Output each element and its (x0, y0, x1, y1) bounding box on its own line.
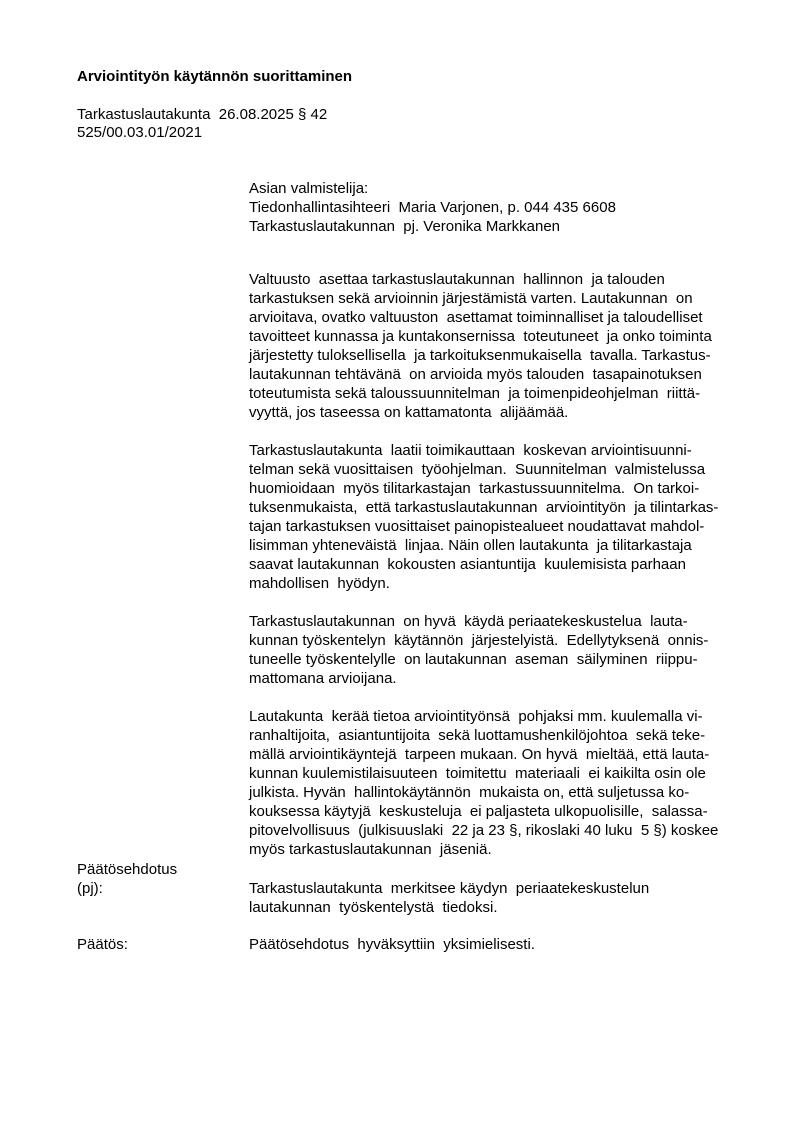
document-meta: Tarkastuslautakunta 26.08.2025 § 42 525/… (77, 106, 327, 142)
paragraph-line: Valtuusto asettaa tarkastuslautakunnan h… (249, 270, 749, 289)
paragraph-line: tuksenmukaista, että tarkastuslautakunna… (249, 498, 749, 517)
preparer-person-2: Tarkastuslautakunnan pj. Veronika Markka… (249, 217, 749, 236)
preparer-block: Asian valmistelija: Tiedonhallintasihtee… (249, 179, 749, 236)
paragraph-line: Tarkastuslautakunnan on hyvä käydä peria… (249, 612, 749, 631)
paragraph-line: huomioidaan myös tilitarkastajan tarkast… (249, 479, 749, 498)
paragraph-line: myös tarkastuslautakunnan jäseniä. (249, 840, 749, 859)
paragraph-line: vyyttä, jos taseessa on kattamatonta ali… (249, 403, 749, 422)
paragraph-line: lautakunnan tehtävänä on arvioida myös t… (249, 365, 749, 384)
body-paragraph: Tarkastuslautakunta laatii toimikauttaan… (249, 441, 749, 593)
paragraph-line: mattomana arvioijana. (249, 669, 749, 688)
paragraph-line: tavoitteet kunnassa ja kuntakonsernissa … (249, 327, 749, 346)
proposal-label: Päätösehdotus (pj): (77, 860, 177, 898)
preparer-person-1: Tiedonhallintasihteeri Maria Varjonen, p… (249, 198, 749, 217)
body-paragraph: Tarkastuslautakunnan on hyvä käydä peria… (249, 612, 749, 688)
paragraph-line: Lautakunta kerää tietoa arviointityönsä … (249, 707, 749, 726)
paragraph-line: saavat lautakunnan kokousten asiantuntij… (249, 555, 749, 574)
proposal-text-line-2: lautakunnan työskentelystä tiedoksi. (249, 898, 749, 917)
decision-text: Päätösehdotus hyväksyttiin yksimielisest… (249, 935, 749, 954)
case-number: 525/00.03.01/2021 (77, 124, 327, 142)
document-title: Arviointityön käytännön suorittaminen (77, 68, 352, 85)
proposal-label-line-1: Päätösehdotus (77, 860, 177, 879)
paragraph-line: Tarkastuslautakunta laatii toimikauttaan… (249, 441, 749, 460)
paragraph-line: järjestetty tuloksellisella ja tarkoituk… (249, 346, 749, 365)
body-text: Valtuusto asettaa tarkastuslautakunnan h… (249, 270, 749, 878)
paragraph-line: toteutumista sekä taloussuunnitelman ja … (249, 384, 749, 403)
paragraph-line: ranhaltijoita, asiantuntijoita sekä luot… (249, 726, 749, 745)
paragraph-line: arvioitava, ovatko valtuuston asettamat … (249, 308, 749, 327)
paragraph-line: julkista. Hyvän hallintokäytännön mukais… (249, 783, 749, 802)
body-paragraph: Valtuusto asettaa tarkastuslautakunnan h… (249, 270, 749, 422)
paragraph-line: telman sekä vuosittaisen työohjelman. Su… (249, 460, 749, 479)
preparer-heading: Asian valmistelija: (249, 179, 749, 198)
paragraph-line: tajan tarkastuksen vuosittaiset painopis… (249, 517, 749, 536)
proposal-text-line-1: Tarkastuslautakunta merkitsee käydyn per… (249, 879, 749, 898)
paragraph-line: kunnan työskentelyn käytännön järjestely… (249, 631, 749, 650)
paragraph-line: kunnan kuulemistilaisuuteen toimitettu m… (249, 764, 749, 783)
body-paragraph: Lautakunta kerää tietoa arviointityönsä … (249, 707, 749, 859)
paragraph-line: mahdollisen hyödyn. (249, 574, 749, 593)
paragraph-line: lisimman yhteneväistä linjaa. Näin ollen… (249, 536, 749, 555)
proposal-text: Tarkastuslautakunta merkitsee käydyn per… (249, 879, 749, 917)
paragraph-line: mällä arviointikäyntejä tarpeen mukaan. … (249, 745, 749, 764)
decision-label: Päätös: (77, 935, 128, 954)
paragraph-line: pitovelvollisuus (julkisuuslaki 22 ja 23… (249, 821, 749, 840)
paragraph-line: tuneelle työskentelylle on lautakunnan a… (249, 650, 749, 669)
paragraph-line: kouksessa käytyjä keskusteluja ei paljas… (249, 802, 749, 821)
meeting-reference: Tarkastuslautakunta 26.08.2025 § 42 (77, 106, 327, 124)
proposal-label-line-2: (pj): (77, 879, 177, 898)
paragraph-line: tarkastuksen sekä arvioinnin järjestämis… (249, 289, 749, 308)
